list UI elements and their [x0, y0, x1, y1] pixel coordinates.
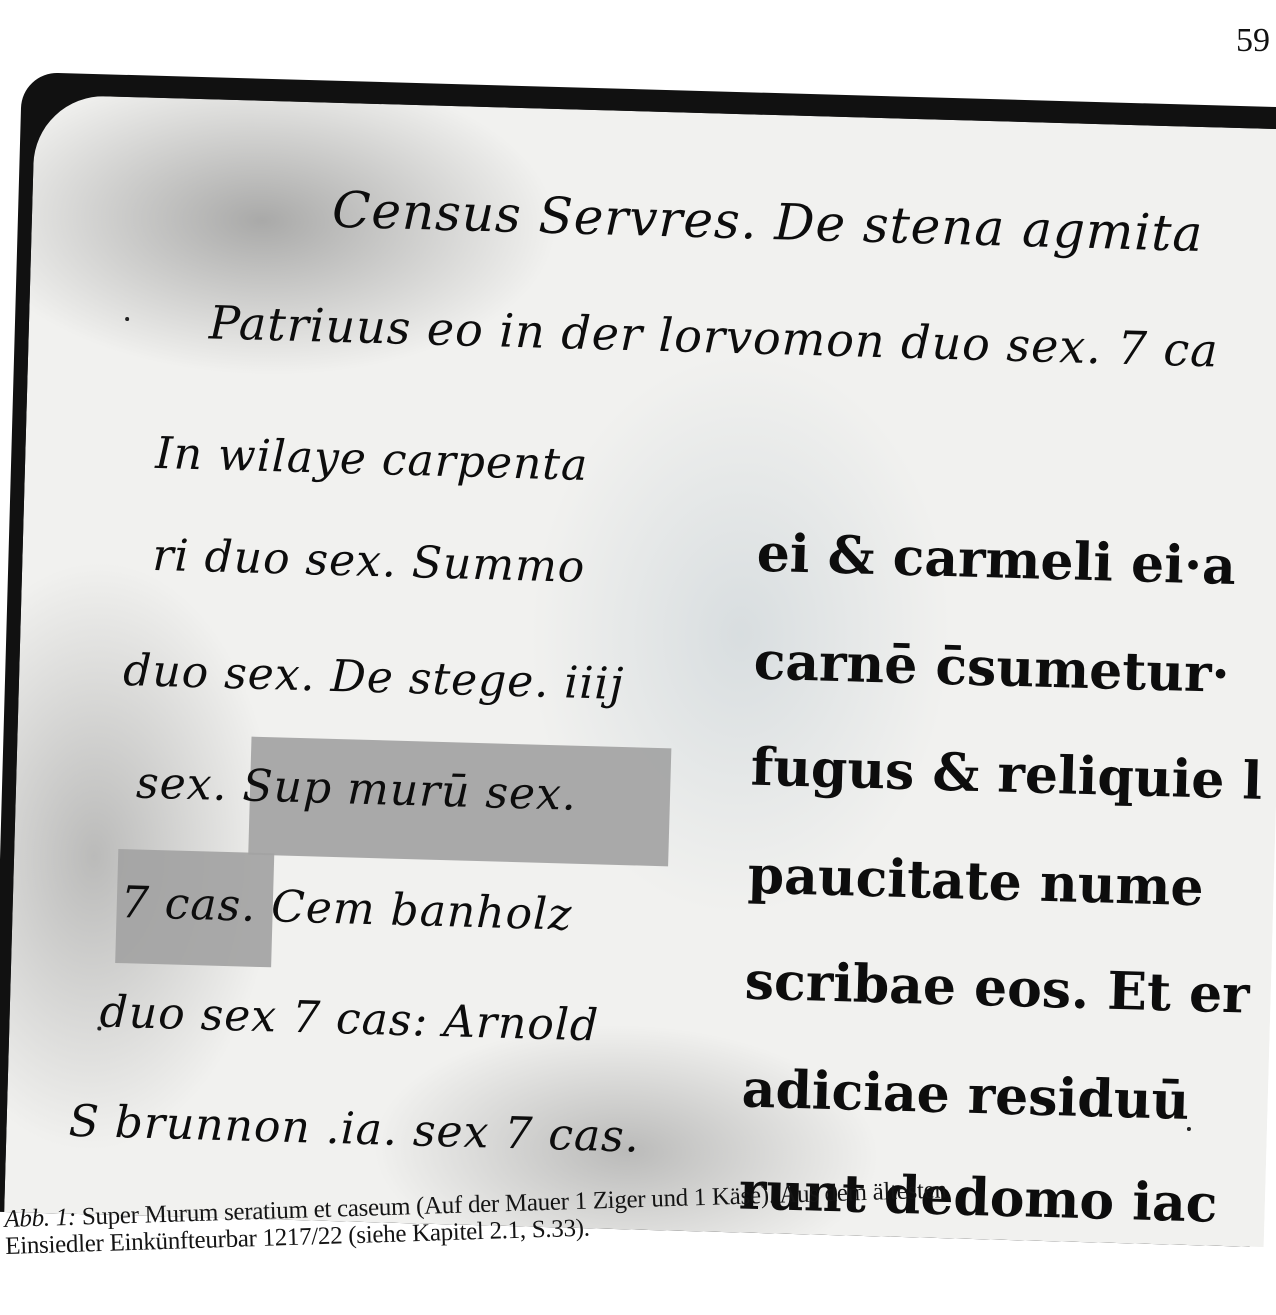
manuscript-figure: Census Servres. De stena agmita Patriuus…: [0, 72, 1276, 1247]
manuscript-line: duo sex 7 cas: Arnold: [99, 987, 600, 1052]
manuscript-line: In wilaye carpenta: [155, 428, 589, 491]
manuscript-line: Patriuus eo in der lorvomon duo sex. 7 c…: [208, 295, 1219, 377]
manuscript-line: carnē c̄sumetur·: [753, 631, 1230, 705]
ink-speck: [1187, 1127, 1191, 1131]
manuscript-line: ri duo sex. Summo: [152, 530, 586, 593]
manuscript-line: scribae eos. Et er: [744, 951, 1250, 1026]
manuscript-line: Census Servres. De stena agmita: [331, 181, 1204, 263]
ink-speck: [97, 1026, 101, 1030]
manuscript-line: adiciae residuū: [741, 1059, 1190, 1132]
manuscript-line: S brunnon .ia. sex 7 cas.: [68, 1096, 640, 1163]
manuscript-line-highlighted: sex. Sup murū sex.: [135, 757, 577, 820]
manuscript-line: paucitate nume: [747, 845, 1204, 919]
manuscript-line: fugus & reliquie l: [750, 737, 1263, 812]
ink-speck: [125, 317, 129, 321]
manuscript-line: ei & carmeli ei·a: [756, 523, 1237, 597]
caption-label: Abb. 1:: [4, 1204, 76, 1233]
page-number: 59: [1236, 22, 1270, 60]
manuscript-line: duo sex. De stege. iiij: [123, 645, 625, 710]
manuscript-parchment: Census Servres. De stena agmita Patriuus…: [4, 94, 1276, 1247]
